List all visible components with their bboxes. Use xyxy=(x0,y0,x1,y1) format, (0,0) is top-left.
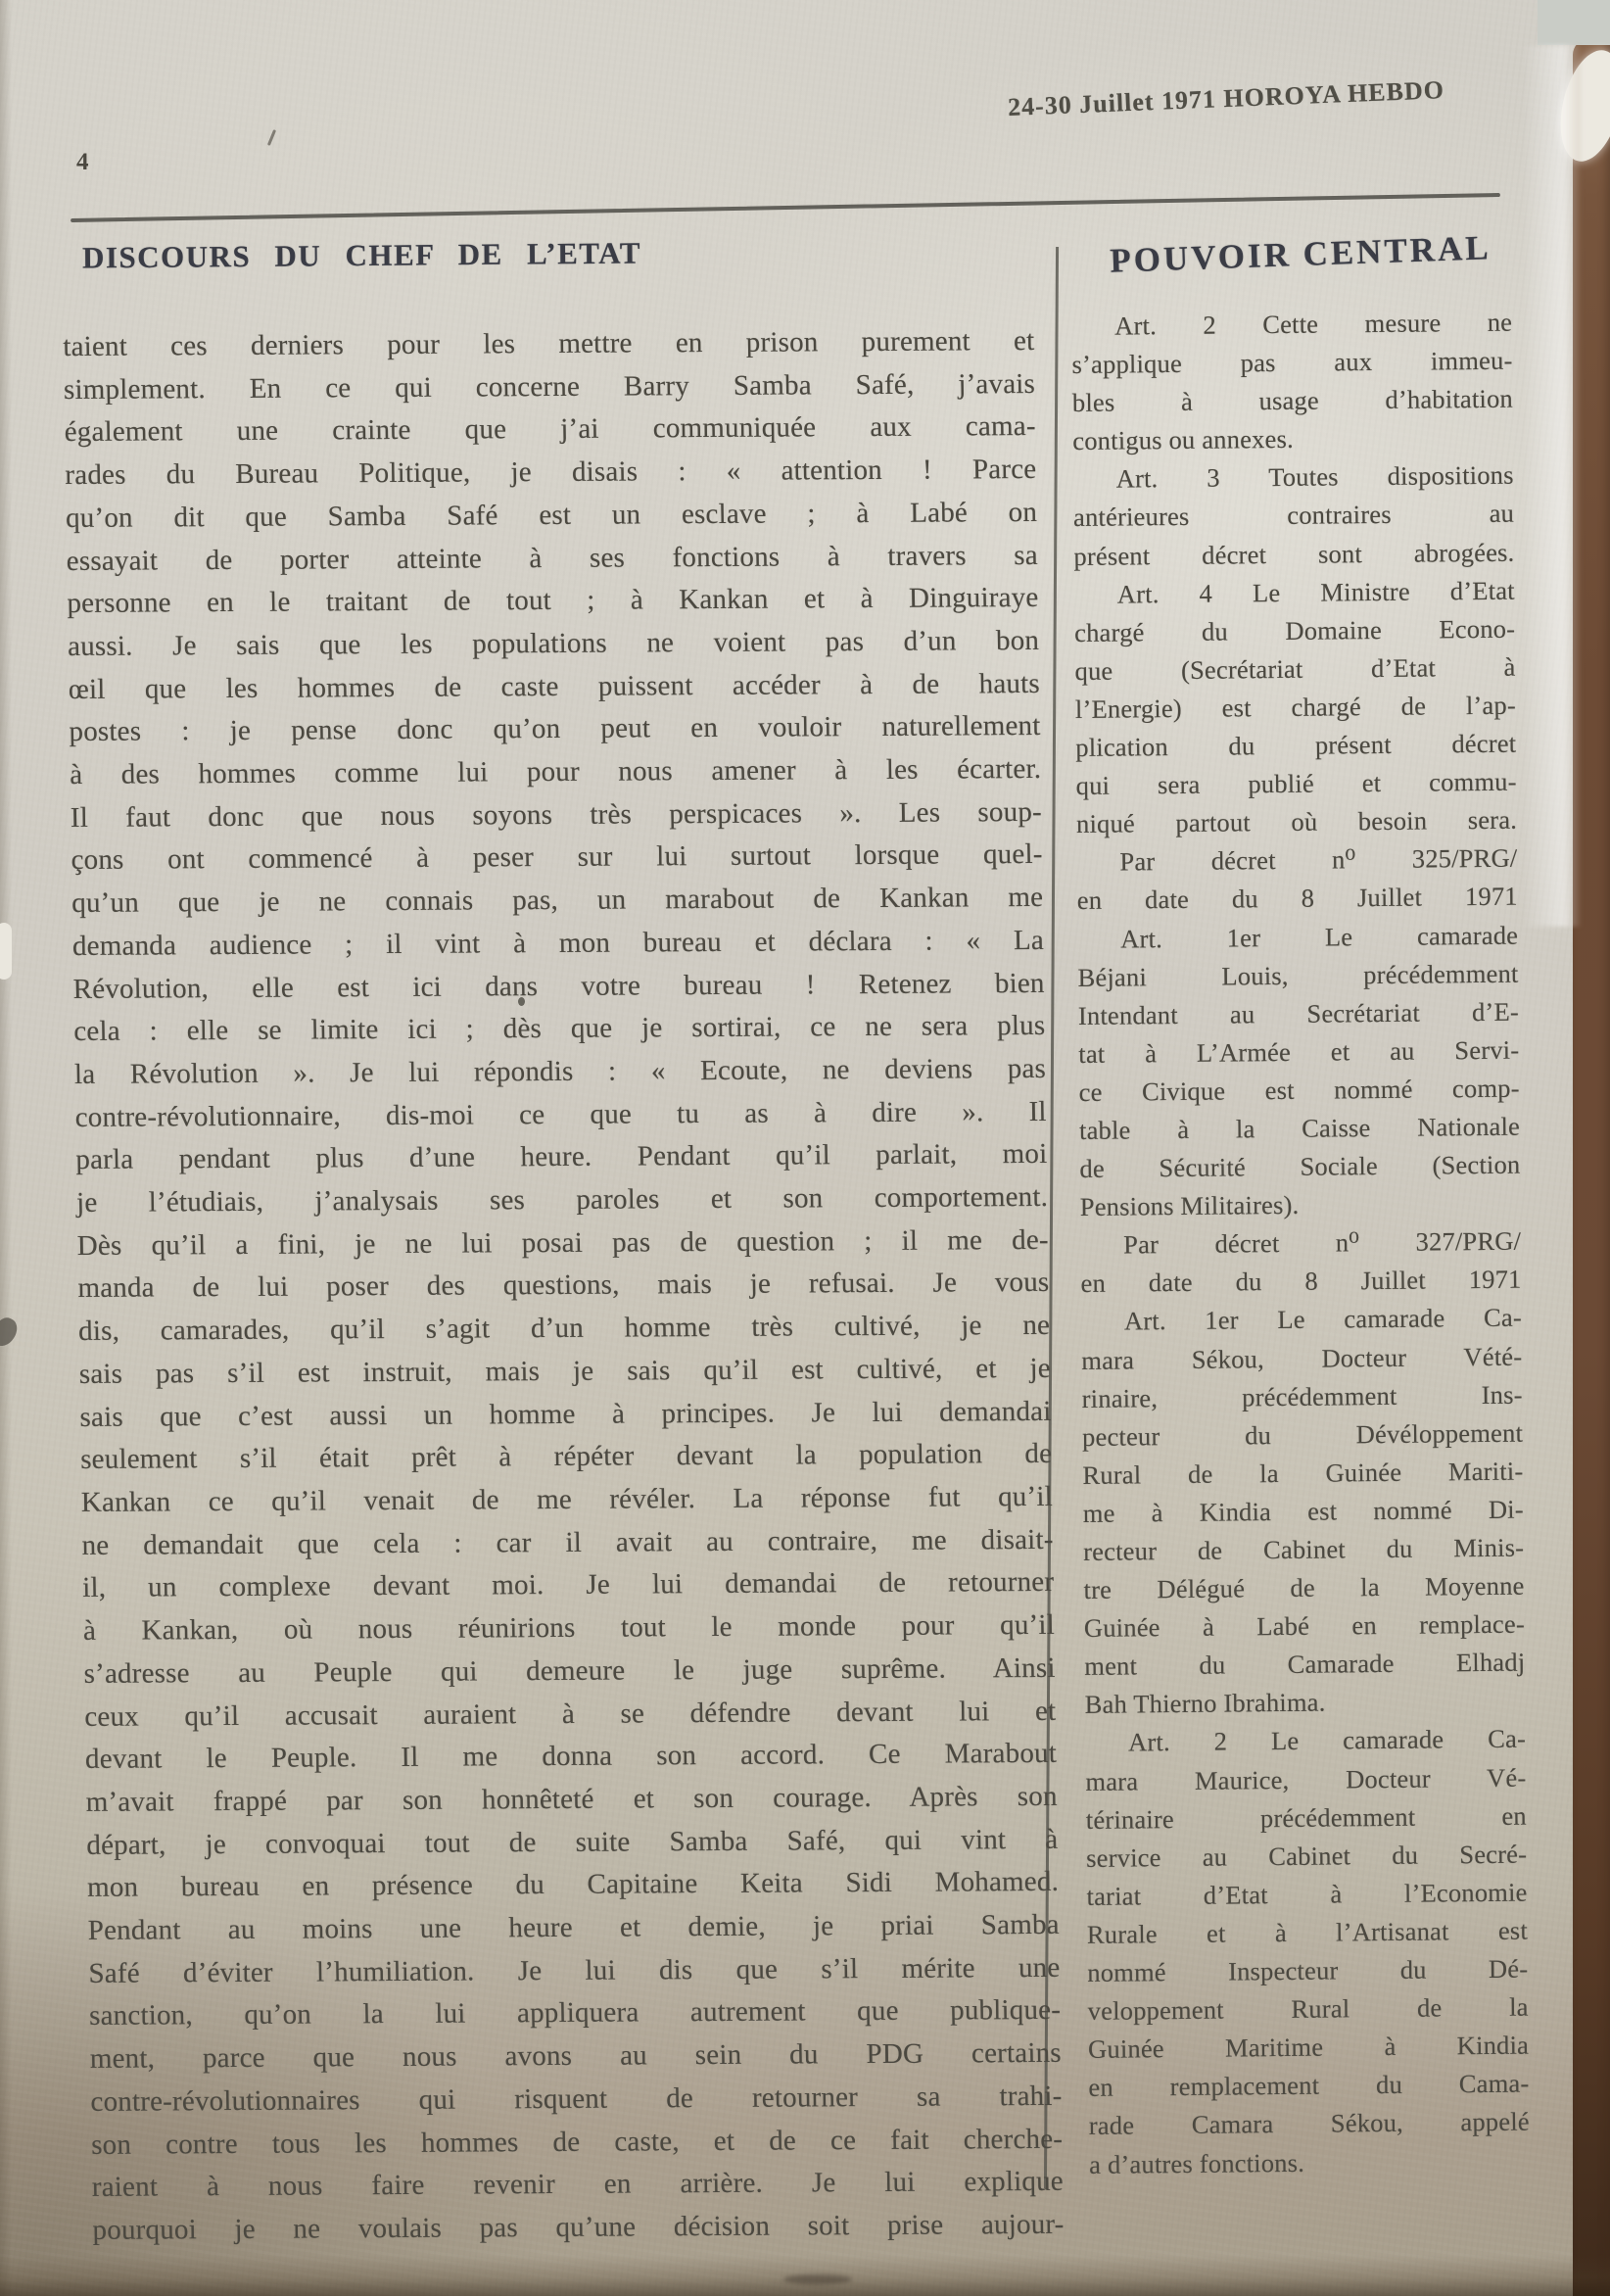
text-line: Safé d’éviter l’humiliation. Je lui dis … xyxy=(88,1947,1061,1996)
text-line: Art. 2 Cette mesure ne xyxy=(1071,304,1512,346)
text-line: rinaire, précédemment Ins- xyxy=(1082,1375,1523,1417)
page-number: 4 xyxy=(76,149,89,176)
text-line: service au Cabinet du Secré- xyxy=(1086,1835,1527,1877)
text-line: raient à nous faire revenir en arrière. … xyxy=(92,2161,1065,2210)
text-line: simplement. En ce qui concerne Barry Sam… xyxy=(64,363,1036,412)
text-line: rade Camara Sékou, appelé xyxy=(1089,2103,1530,2145)
text-line: manda de lui poser des questions, mais j… xyxy=(77,1262,1050,1311)
text-line: mara Sékou, Docteur Vété- xyxy=(1081,1337,1522,1379)
text-line: Il faut donc que nous soyons très perspi… xyxy=(71,791,1043,840)
text-line: table à la Caisse Nationale xyxy=(1079,1108,1520,1150)
text-line: sais pas s’il est instruit, mais je sais… xyxy=(78,1348,1051,1397)
text-line: qui sera publié et commu- xyxy=(1076,763,1517,805)
text-line: ce Civique est nommé comp- xyxy=(1079,1070,1520,1112)
text-line: plication du présent décret xyxy=(1075,725,1516,767)
text-line: Rural de la Guinée Mariti- xyxy=(1082,1452,1523,1494)
left-edge-shadow xyxy=(0,0,12,2296)
text-line: niqué partout où besoin sera. xyxy=(1076,801,1517,843)
text-line: pourquoi je ne voulais pas qu’une décisi… xyxy=(92,2204,1065,2253)
text-line: taient ces derniers pour les mettre en p… xyxy=(63,320,1035,369)
masthead: 24-30 Juillet 1971 HOROYA HEBDO xyxy=(991,74,1462,122)
text-line: a d’autres fonctions. xyxy=(1089,2141,1530,2183)
text-line: Pendant au moins une heure et demie, je … xyxy=(87,1904,1060,1953)
text-line: la Révolution ». Je lui répondis : « Eco… xyxy=(74,1048,1047,1097)
text-line: personne en le traitant de tout ; à Kank… xyxy=(67,577,1039,626)
top-right-background xyxy=(1538,0,1610,45)
text-line: Par décret n⁰ 325/PRG/ xyxy=(1076,839,1517,882)
right-column-heading: POUVOIR CENTRAL xyxy=(1084,227,1516,281)
text-line: Bah Thierno Ibrahima. xyxy=(1085,1682,1526,1724)
text-line: de Sécurité Sociale (Section xyxy=(1079,1146,1520,1188)
text-line: je l’étudiais, j’analysais ses paroles e… xyxy=(76,1176,1049,1225)
text-line: chargé du Domaine Econo- xyxy=(1074,609,1515,651)
text-line: demanda audience ; il vint à mon bureau … xyxy=(72,920,1045,969)
text-line: Intendant au Secrétariat d’E- xyxy=(1078,992,1519,1034)
text-line: ceux qu’il accusait auraient à se défend… xyxy=(84,1690,1057,1739)
text-line: m’avait frappé par son honnêteté et son … xyxy=(85,1776,1058,1825)
text-line: qu’on dit que Samba Safé est un esclave … xyxy=(66,492,1038,541)
text-line: contre-révolutionnaire, dis-moi ce que t… xyxy=(74,1091,1047,1140)
text-line: recteur de Cabinet du Minis- xyxy=(1083,1529,1524,1571)
text-line: parla pendant plus d’une heure. Pendant … xyxy=(75,1133,1048,1182)
text-line: œil que les hommes de caste puissent acc… xyxy=(69,663,1041,712)
text-line: Par décret n⁰ 327/PRG/ xyxy=(1080,1222,1521,1265)
text-line: en remplacement du Cama- xyxy=(1088,2065,1529,2107)
text-line: çons ont commencé à peser sur lui surtou… xyxy=(71,834,1043,883)
bottom-shadow xyxy=(0,2255,1610,2296)
text-line: Guinée Maritime à Kindia xyxy=(1088,2027,1529,2069)
text-line: à des hommes comme lui pour nous amener … xyxy=(70,748,1042,797)
text-line: Art. 2 Le camarade Ca- xyxy=(1085,1720,1526,1762)
text-line: tre Délégué de la Moyenne xyxy=(1083,1567,1524,1609)
text-line: Rurale et à l’Artisanat est xyxy=(1087,1912,1528,1954)
text-line: Béjani Louis, précédemment xyxy=(1077,954,1518,996)
text-line: sais que c’est aussi un homme à principe… xyxy=(79,1390,1052,1439)
text-line: s’applique pas aux immeu- xyxy=(1071,342,1512,384)
text-line: seulement s’il était prêt à répéter deva… xyxy=(80,1433,1053,1482)
text-line: départ, je convoquai tout de suite Samba… xyxy=(86,1818,1059,1867)
text-line: mara Maurice, Docteur Vé- xyxy=(1085,1758,1526,1800)
text-line: Révolution, elle est ici dans votre bure… xyxy=(72,962,1045,1011)
text-line: nommé Inspecteur du Dé- xyxy=(1087,1950,1528,1992)
header-rule xyxy=(71,193,1500,222)
text-line: pecteur du Dévéloppement xyxy=(1082,1413,1523,1456)
text-line: sanction, qu’on la lui appliquera autrem… xyxy=(89,1989,1062,2038)
text-line: ment, parce que nous avons au sein du PD… xyxy=(89,2033,1062,2081)
text-line: antérieures contraires au xyxy=(1073,495,1514,537)
text-line: tat à L’Armée et au Servi- xyxy=(1078,1030,1519,1073)
text-line: Art. 1er Le camarade Ca- xyxy=(1081,1299,1522,1341)
text-line: bles à usage d’habitation xyxy=(1072,380,1513,422)
text-line: également une crainte que j’ai communiqu… xyxy=(64,406,1036,454)
text-line: il, un complexe devant moi. Je lui deman… xyxy=(82,1561,1055,1610)
text-line: en date du 8 Juillet 1971 xyxy=(1080,1261,1521,1303)
page-edge-highlight xyxy=(1522,45,1581,927)
left-column-heading: DISCOURS DU CHEF DE L’ETAT xyxy=(82,236,641,276)
text-line: mon bureau en présence du Capitaine Keit… xyxy=(87,1861,1060,1910)
text-line: rades du Bureau Politique, je disais : «… xyxy=(65,449,1037,498)
text-line: Art. 1er Le camarade xyxy=(1077,916,1518,958)
text-line: aussi. Je sais que les populations ne vo… xyxy=(68,620,1040,669)
text-line: veloppement Rural de la xyxy=(1088,1988,1529,2031)
text-line: dis, camarades, qu’il s’agit d’un homme … xyxy=(78,1305,1051,1354)
text-line: qu’un que je ne connais pas, un marabout… xyxy=(71,877,1044,926)
text-line: en date du 8 Juillet 1971 xyxy=(1077,878,1518,920)
text-line: Pensions Militaires). xyxy=(1080,1184,1521,1226)
text-line: contre-révolutionnaires qui risquent de … xyxy=(90,2076,1063,2125)
text-line: ment du Camarade Elhadj xyxy=(1084,1644,1525,1686)
text-line: Guinée à Labé en remplace- xyxy=(1084,1605,1525,1648)
right-column: Art. 2 Cette mesure nes’applique pas aux… xyxy=(1071,304,1530,2184)
text-line: ne demandait que cela : car il avait au … xyxy=(81,1519,1054,1568)
text-line: s’adresse au Peuple qui demeure le juge … xyxy=(83,1648,1056,1697)
text-line: présent décret sont abrogées. xyxy=(1073,533,1514,575)
text-line: que (Secrétariat d’Etat à xyxy=(1074,648,1515,691)
text-line: devant le Peuple. Il me donna son accord… xyxy=(85,1733,1058,1782)
text-line: Dès qu’il a fini, je ne lui posai pas de… xyxy=(76,1220,1049,1268)
text-line: à Kankan, où nous réunirions tout le mon… xyxy=(83,1604,1056,1653)
text-line: me à Kindia est nommé Di- xyxy=(1083,1491,1524,1533)
text-line: Kankan ce qu’il venait de me révéler. La… xyxy=(81,1476,1054,1525)
scan-scratch-mark xyxy=(267,129,276,146)
text-line: Art. 4 Le Ministre d’Etat xyxy=(1074,571,1515,613)
text-line: l’Energie) est chargé de l’ap- xyxy=(1075,687,1516,729)
scanned-newspaper-page: 4 24-30 Juillet 1971 HOROYA HEBDO DISCOU… xyxy=(0,0,1610,2296)
text-line: postes : je pense donc qu’on peut en vou… xyxy=(69,705,1041,754)
text-line: Art. 3 Toutes dispositions xyxy=(1073,456,1514,499)
left-column: taient ces derniers pour les mettre en p… xyxy=(63,320,1065,2253)
text-line: cela : elle se limite ici ; dès que je s… xyxy=(73,1005,1046,1054)
text-line: son contre tous les hommes de caste, et … xyxy=(91,2118,1064,2167)
text-line: tariat d’Etat à l’Economie xyxy=(1086,1873,1527,1915)
text-line: contigus ou annexes. xyxy=(1072,418,1513,460)
text-line: térinaire précédemment en xyxy=(1086,1796,1527,1839)
text-line: essayait de porter atteinte à ses foncti… xyxy=(66,534,1038,583)
